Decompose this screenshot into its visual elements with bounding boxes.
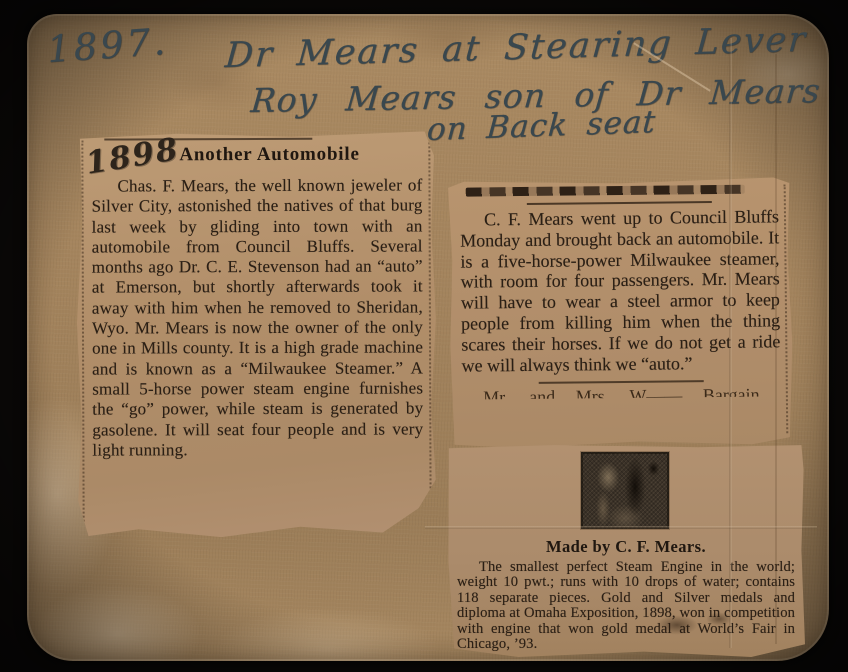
clipping-header-row: 1898 Another Automobile [91,143,422,176]
clipping-another-automobile: 1898 Another Automobile Chas. F. Mears, … [76,131,436,537]
handwritten-year: 1897. [46,20,170,71]
column-rule-right [428,139,431,524]
handwritten-caption-line1: Dr Mears at Stearing Lever [224,20,809,76]
steam-engine-halftone-photo [581,452,669,529]
headline-rule [527,201,712,205]
clipping-made-by-mears: Made by C. F. Mears. The smallest perfec… [447,444,805,657]
clipping-body-text: The smallest perfect Steam Engine in the… [457,560,795,652]
column-rule-right [784,184,789,433]
photo-caption: Made by C. F. Mears. [457,537,795,557]
column-rule-left [81,141,84,526]
handwritten-year-note: 1898 [83,131,182,182]
cutoff-headline-smudge [466,185,745,197]
scanned-photo-stage: 1897. Dr Mears at Stearing Lever Roy Mea… [0,0,848,672]
clipping-headline: Another Automobile [179,144,359,166]
item-divider-rule [538,380,704,384]
clipping-council-bluffs: C. F. Mears went up to Council Bluffs Mo… [447,176,794,449]
cutoff-text-line: Mr. and Mrs. W—— Bargain de- [462,385,781,400]
cabinet-card-back: 1897. Dr Mears at Stearing Lever Roy Mea… [27,14,829,661]
clipping-body-text: C. F. Mears went up to Council Bluffs Mo… [460,206,781,376]
handwritten-caption-line3: on Back seat [426,104,657,148]
clipping-body-text: Chas. F. Mears, the well known jeweler o… [91,175,423,460]
